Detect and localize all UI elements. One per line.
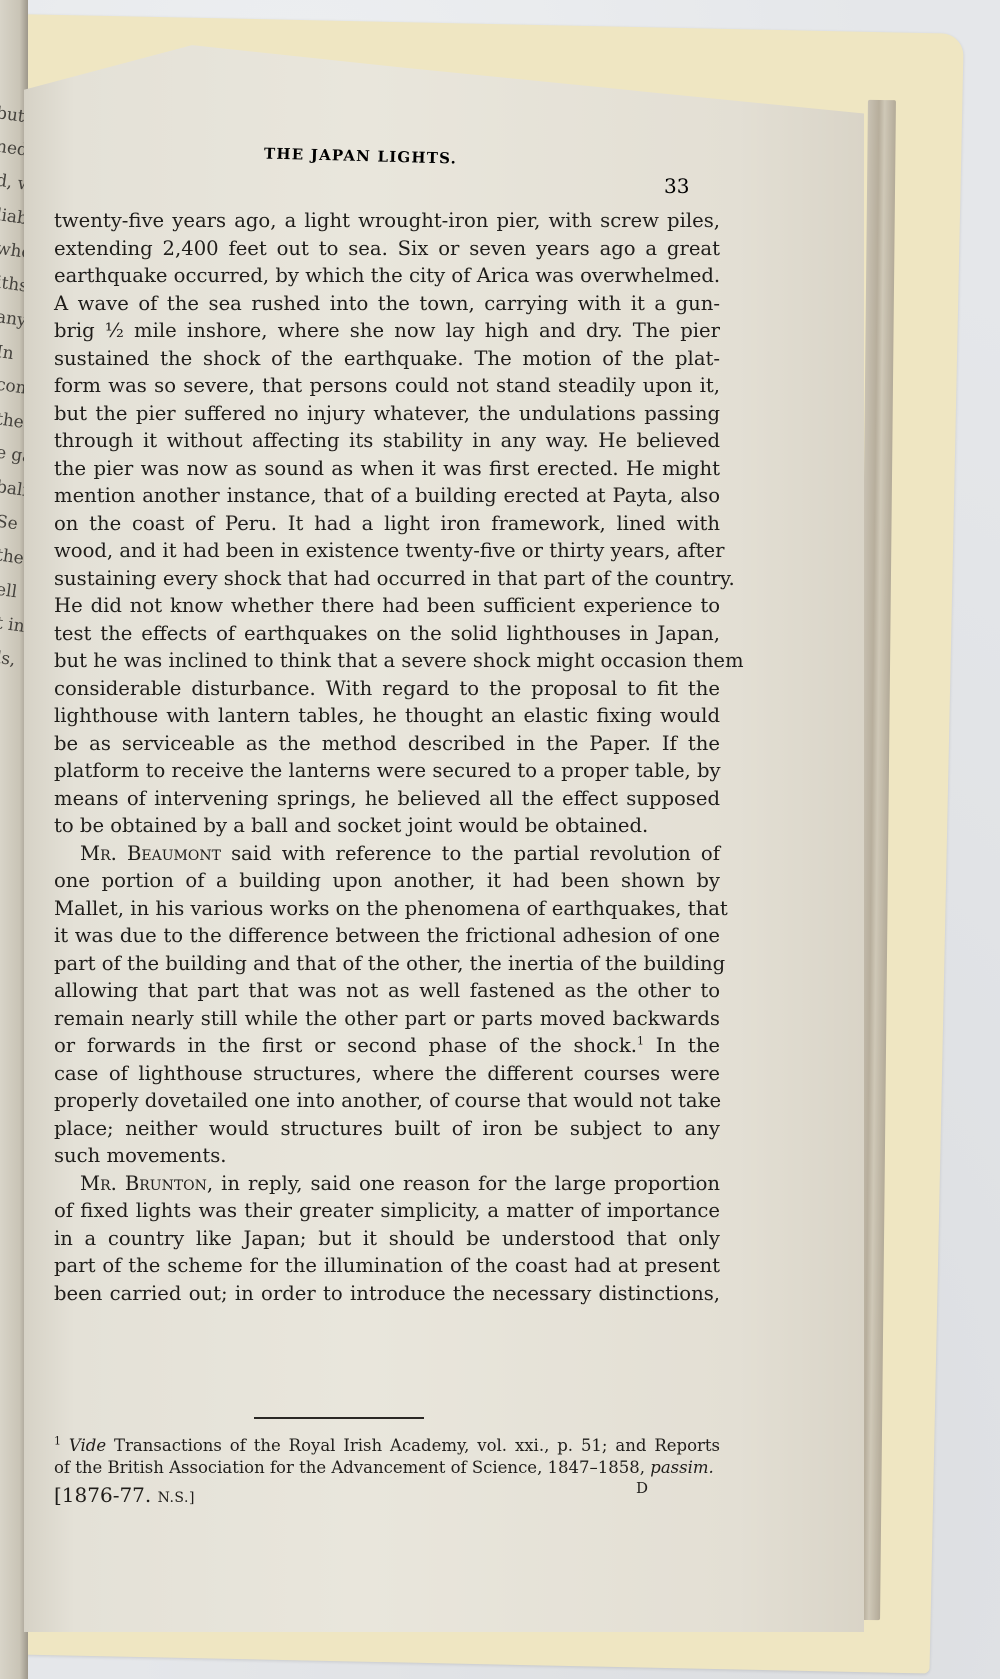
paragraph-1-line: but he was inclined to think that a seve… [54,647,720,675]
speaker-brunton: Mr. Brunton [80,1172,207,1195]
text-span: considerable disturbance. With regard to… [54,677,720,700]
paragraph-1-line: wood, and it had been in existence twent… [54,537,720,565]
text-span: sustained the shock of the earthquake. T… [54,347,720,370]
text-span: He did not know whether there had been s… [54,594,720,617]
text-span: to be obtained by a ball and socket join… [54,814,648,837]
facing-page-fragment: Se [0,512,19,535]
text-span: means of intervening springs, he believe… [54,787,720,810]
footnote-divider [254,1417,424,1419]
facing-page-fragment: ls, [0,648,17,671]
facing-page-fragment: who [0,239,28,264]
text-span: been carried out; in order to introduce … [54,1282,720,1305]
paragraph-1-line: brig ½ mile inshore, where she now lay h… [54,317,720,345]
paragraph-2-line: case of lighthouse structures, where the… [54,1060,720,1088]
paragraph-1-line: He did not know whether there had been s… [54,592,720,620]
footnote: 1 Vide Transactions of the Royal Irish A… [54,1435,720,1479]
paragraph-1-line: to be obtained by a ball and socket join… [54,812,720,840]
document-page: THE JAPAN LIGHTS. 33 twenty-five years a… [24,42,864,1632]
text-span: place; neither would structures built of… [54,1117,720,1140]
facing-page-fragment: e ga [0,443,28,468]
paragraph-3-line: in a country like Japan; but it should b… [54,1225,720,1253]
text-span: be as serviceable as the method describe… [54,732,720,755]
text-span: twenty-five years ago, a light wrought-i… [54,209,720,232]
paragraph-1-line: be as serviceable as the method describe… [54,730,720,758]
text-span: part of the building and that of the oth… [54,952,725,975]
footnote-line-2: of the British Association for the Advan… [54,1458,650,1477]
paragraph-1-line: but the pier suffered no injury whatever… [54,400,720,428]
text-span: test the effects of earthquakes on the s… [54,622,720,645]
footnote-marker: 1 [54,1435,61,1448]
paragraph-2-line: properly dovetailed one into another, of… [54,1087,720,1115]
footnote-vide: Vide [69,1436,106,1455]
paragraph-3-line: been carried out; in order to introduce … [54,1280,720,1308]
text-span: remain nearly still while the other part… [54,1007,720,1030]
text-span: said with reference to the partial revol… [221,842,720,865]
text-span: platform to receive the lanterns were se… [54,759,721,782]
paragraph-1-line: sustaining every shock that had occurred… [54,565,720,593]
facing-page-fragment: the [0,409,25,433]
paragraph-2-line: such movements. [54,1142,720,1170]
facing-page-fragment: bali [0,477,28,501]
facing-page-fragment: d, w [0,171,28,196]
text-span: it was due to the difference between the… [54,924,720,947]
text-span: of fixed lights was their greater simpli… [54,1199,720,1222]
paragraph-1-line: lighthouse with lantern tables, he thoug… [54,702,720,730]
paragraph-1-line: earthquake occurred, by which the city o… [54,262,720,290]
text-span: A wave of the sea rushed into the town, … [54,292,720,315]
paragraph-2-line: Mr. Beaumont said with reference to the … [54,840,720,868]
paragraph-1-line: platform to receive the lanterns were se… [54,757,720,785]
facing-page-fragment: ell [0,580,18,603]
paragraph-2-line: allowing that part that was not as well … [54,977,720,1005]
paragraph-1-line: A wave of the sea rushed into the town, … [54,290,720,318]
text-span: on the coast of Peru. It had a light iro… [54,512,720,535]
printer-signature: D [636,1479,648,1497]
text-span: , in reply, said one reason for the larg… [207,1172,720,1195]
text-span: in a country like Japan; but it should b… [54,1227,720,1250]
volume-series: N.S.] [158,1490,195,1506]
text-span: mention another instance, that of a buil… [54,484,720,507]
footnote-line-1: Transactions of the Royal Irish Academy,… [106,1436,720,1455]
facing-page-fragment: In [0,342,15,364]
text-span: part of the scheme for the illumination … [54,1254,720,1277]
text-span: the pier was now as sound as when it was… [54,457,720,480]
facing-page-fragment: the [0,545,25,569]
paragraph-1-line: mention another instance, that of a buil… [54,482,720,510]
facing-page-fragment: com [0,375,28,400]
text-span: Mallet, in his various works on the phen… [54,897,728,920]
text-span: such movements. [54,1144,227,1167]
text-span: allowing that part that was not as well … [54,979,720,1002]
facing-page-fragment: any [0,307,28,331]
paragraph-2-line: one portion of a building upon another, … [54,867,720,895]
text-span: one portion of a building upon another, … [54,869,720,892]
facing-page-fragment: liab [0,205,28,229]
text-span: wood, and it had been in existence twent… [54,539,725,562]
facing-page-fragment: but [0,103,26,127]
paragraph-2-line: remain nearly still while the other part… [54,1005,720,1033]
page-number: 33 [664,174,689,198]
paragraph-3-line: of fixed lights was their greater simpli… [54,1197,720,1225]
facing-page-edge: butned,d, wliabwhoithstanyIncomthee gaba… [0,0,28,1679]
paragraph-1-line: considerable disturbance. With regard to… [54,675,720,703]
running-head: THE JAPAN LIGHTS. [264,144,458,167]
text-span: but the pier suffered no injury whatever… [54,402,720,425]
text-span: earthquake occurred, by which the city o… [54,264,720,287]
footnote-passim: passim. [650,1458,714,1477]
facing-page-fragment: t in [0,613,26,637]
paragraph-2-line: it was due to the difference between the… [54,922,720,950]
paragraph-1-line: the pier was now as sound as when it was… [54,455,720,483]
text-span: extending 2,400 feet out to sea. Six or … [54,237,720,260]
text-span: brig ½ mile inshore, where she now lay h… [54,319,720,342]
text-span: In the [644,1034,720,1057]
volume-mark: [1876-77. N.S.] [54,1483,195,1507]
volume-year: [1876-77. [54,1483,151,1507]
paragraph-3-line: Mr. Brunton, in reply, said one reason f… [54,1170,720,1198]
paragraph-1-line: through it without affecting its stabili… [54,427,720,455]
text-span: properly dovetailed one into another, of… [54,1089,721,1112]
text-span: through it without affecting its stabili… [54,429,720,452]
text-span: form was so severe, that persons could n… [54,374,720,397]
text-span: sustaining every shock that had occurred… [54,567,735,590]
paragraph-1-line: twenty-five years ago, a light wrought-i… [54,207,720,235]
body-text: twenty-five years ago, a light wrought-i… [54,207,720,1307]
facing-page-fragment: ned, [0,137,28,162]
text-span: but he was inclined to think that a seve… [54,649,744,672]
paragraph-2-line: or forwards in the first or second phase… [54,1032,720,1060]
text-span: or forwards in the first or second phase… [54,1034,637,1057]
footnote-reference: 1 [637,1034,644,1047]
paragraph-2-line: part of the building and that of the oth… [54,950,720,978]
paragraph-3-line: part of the scheme for the illumination … [54,1252,720,1280]
paragraph-2-line: Mallet, in his various works on the phen… [54,895,720,923]
paragraph-2-line: place; neither would structures built of… [54,1115,720,1143]
paragraph-1-line: on the coast of Peru. It had a light iro… [54,510,720,538]
paragraph-1-line: test the effects of earthquakes on the s… [54,620,720,648]
text-span: lighthouse with lantern tables, he thoug… [54,704,720,727]
paragraph-1-line: extending 2,400 feet out to sea. Six or … [54,235,720,263]
paragraph-1-line: sustained the shock of the earthquake. T… [54,345,720,373]
speaker-beaumont: Mr. Beaumont [80,842,221,865]
facing-page-fragment: ithst [0,272,28,297]
text-span: case of lighthouse structures, where the… [54,1062,720,1085]
paragraph-1-line: form was so severe, that persons could n… [54,372,720,400]
paragraph-1-line: means of intervening springs, he believe… [54,785,720,813]
